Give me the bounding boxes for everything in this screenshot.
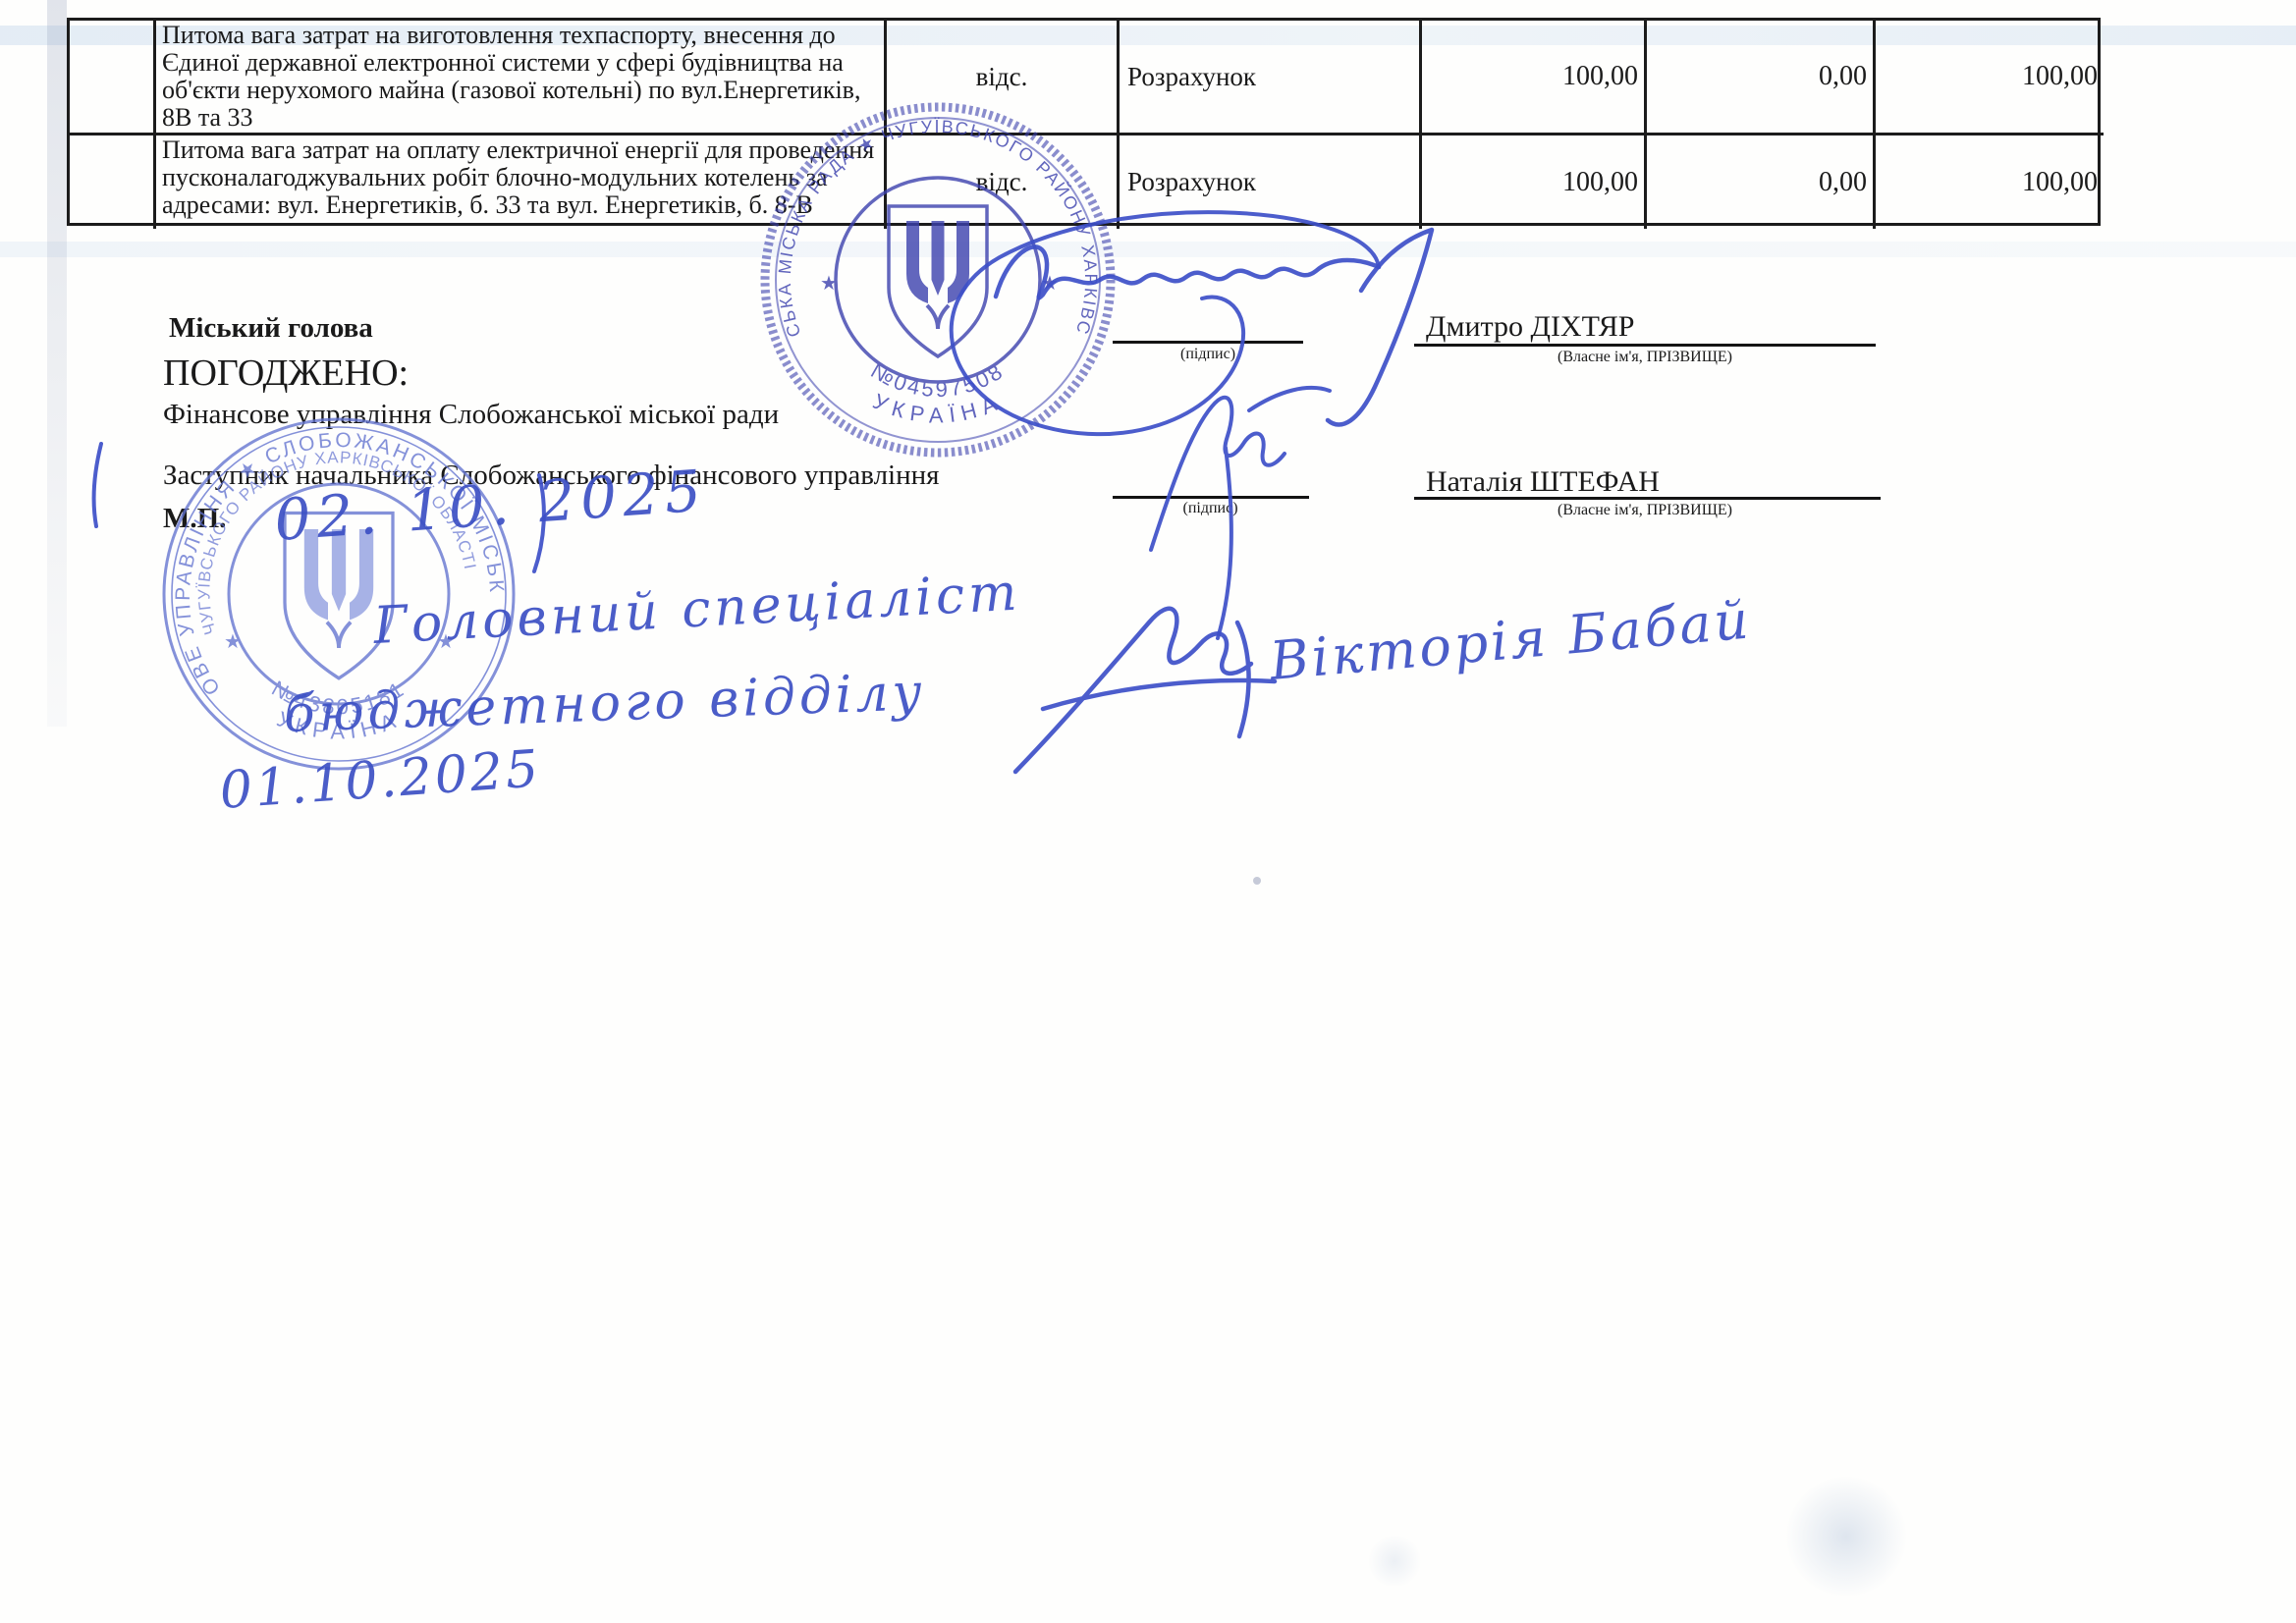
scanned-document-page: Питома вага затрат на виготовлення техпа… bbox=[0, 0, 2296, 1623]
deputy-signature bbox=[1151, 388, 1330, 638]
mayor-signature-loop bbox=[952, 212, 1379, 434]
stray-pen-slash bbox=[94, 444, 101, 526]
ink-signatures-overlay bbox=[0, 0, 2296, 1623]
date-trailing-stroke bbox=[534, 475, 544, 571]
specialist-signature bbox=[1015, 609, 1275, 772]
mayor-signature bbox=[996, 246, 1379, 298]
